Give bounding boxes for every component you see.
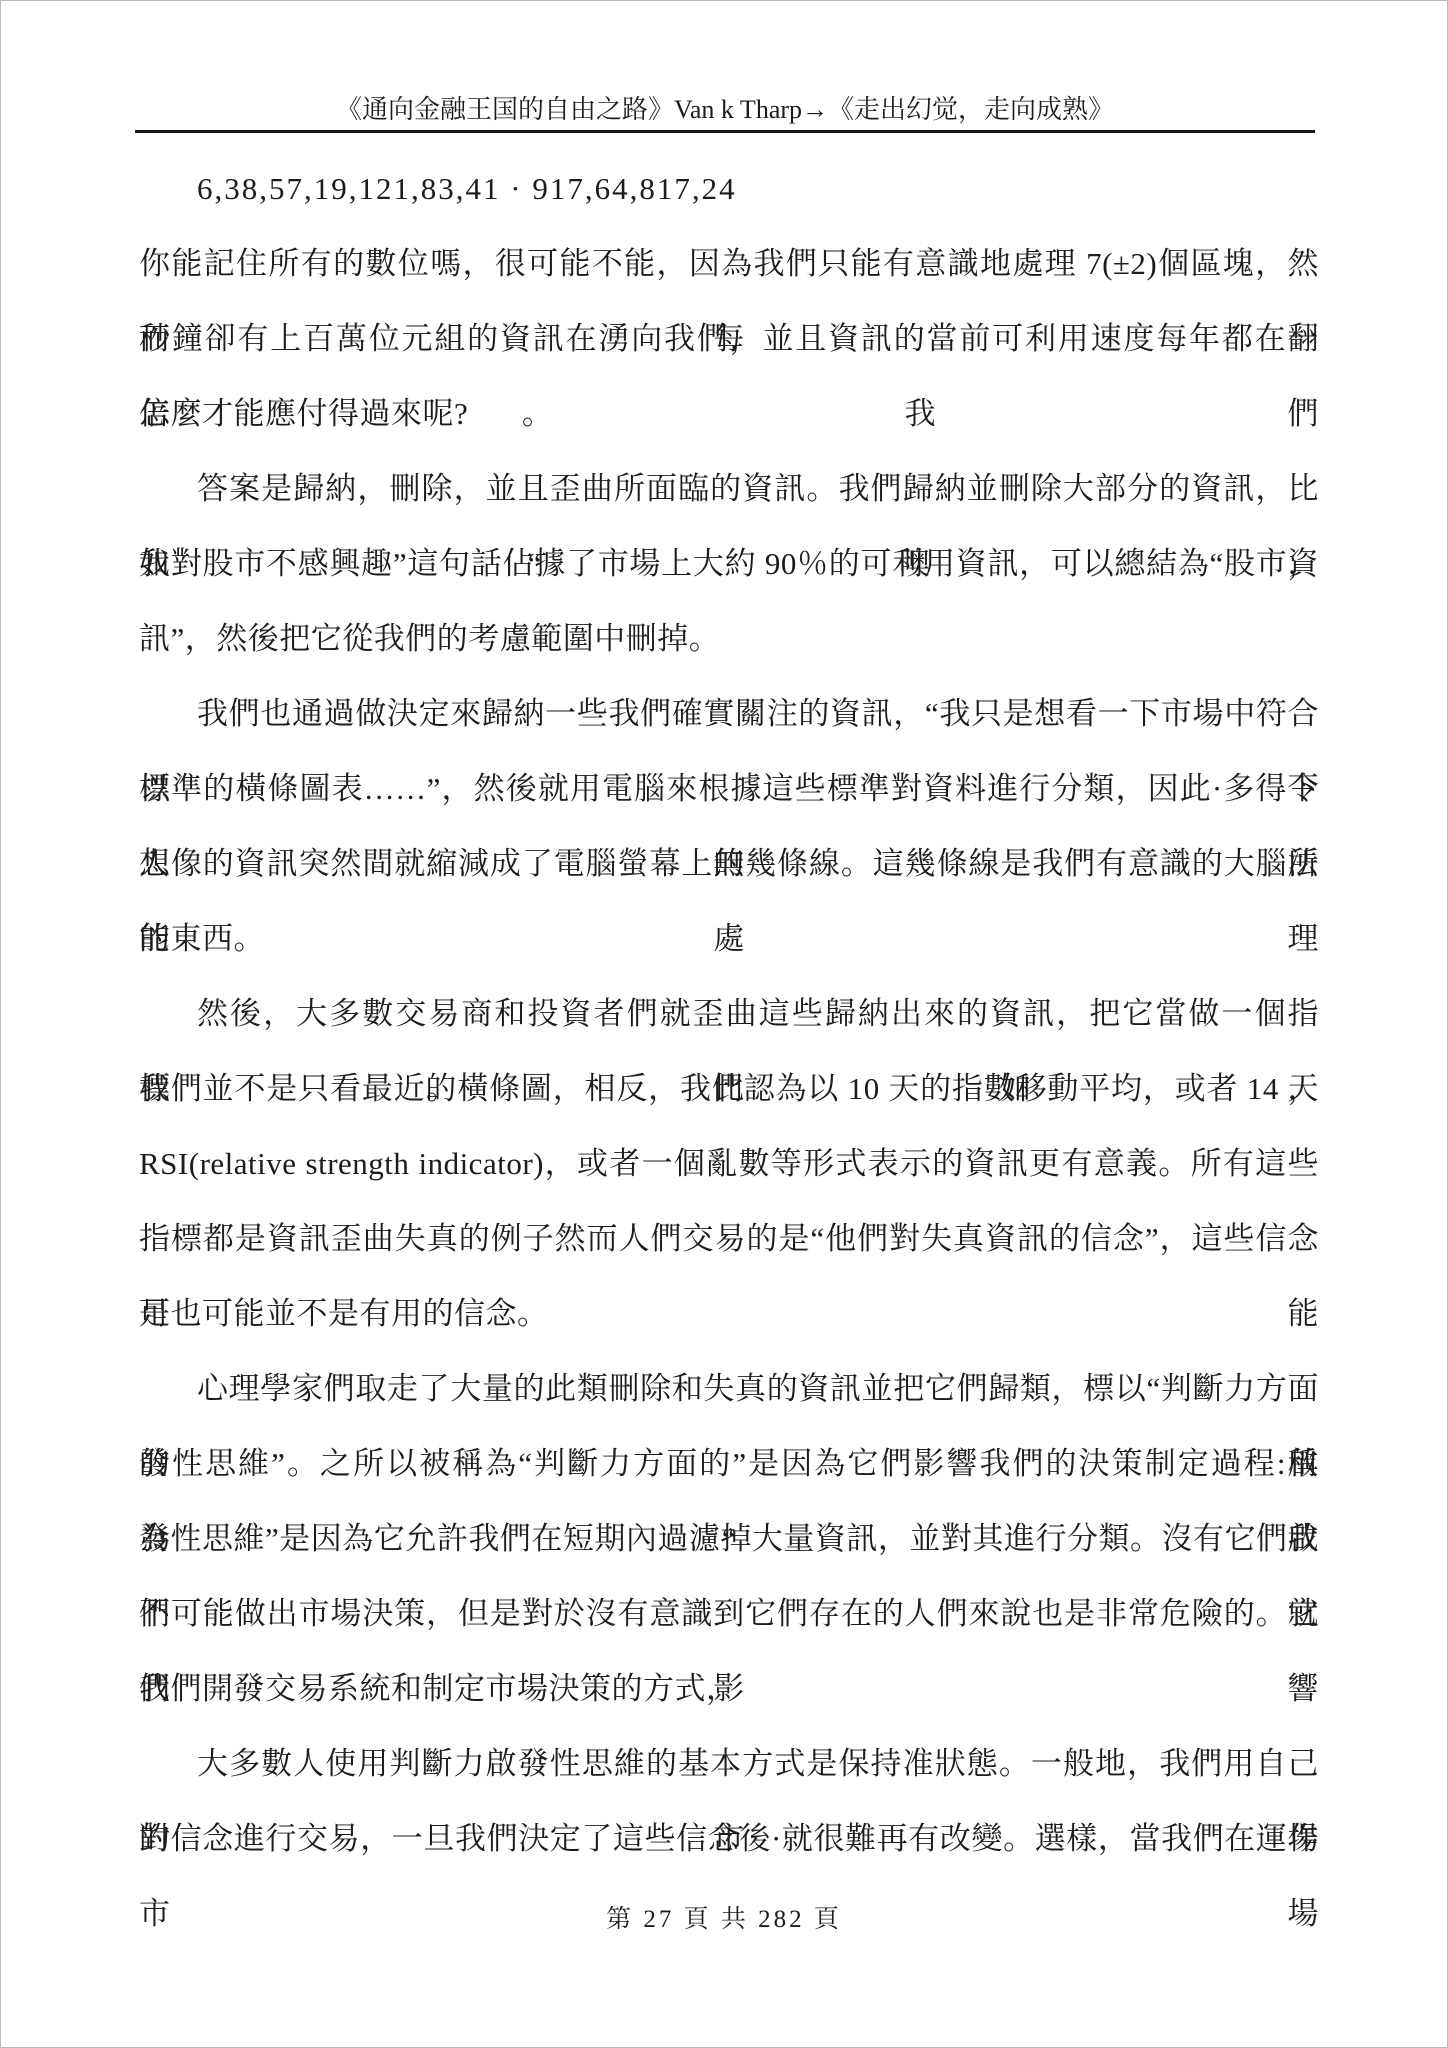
text-line: RSI(relative strength indicator)，或者一個亂數等… bbox=[139, 1126, 1319, 1201]
text-line: 答案是歸納，刪除，並且歪曲所面臨的資訊。我們歸納並刪除大部分的資訊，比如“噢， bbox=[139, 451, 1319, 526]
text-line: 訊”，然後把它從我們的考慮範圍中刪掉。 bbox=[139, 601, 1319, 676]
header-title: 《通向金融王国的自由之路》Van k Tharp→《走出幻觉，走向成熟》 bbox=[336, 95, 1114, 124]
document-body: 6,38,57,19,121,83,41 · 917,64,817,24 你能記… bbox=[139, 151, 1319, 1876]
page-number: 第 27 頁 共 282 頁 bbox=[606, 1906, 842, 1933]
text-line: 你能記住所有的數位嗎，很可能不能，因為我們只能有意識地處理 7(±2)個區塊，然… bbox=[139, 226, 1319, 301]
text-line: 我們並不是只看最近的橫條圖，相反，我們認為以 10 天的指數移動平均，或者 14… bbox=[139, 1051, 1319, 1126]
text-line: 大多數人使用判斷力啟發性思維的基本方式是保持准狀態。一般地，我們用自己對市場 bbox=[139, 1726, 1319, 1801]
text-line: 的信念進行交易，一旦我們決定了這些信念後·就很難再有改變。選樣，當我們在運作市場 bbox=[139, 1801, 1319, 1876]
text-line: 發性思維”。之所以被稱為“判斷力方面的”是因為它們影響我們的決策制定過程:稱為“… bbox=[139, 1426, 1319, 1501]
text-line: 標準的橫條圖表……”，然後就用電腦來根據這些標準對資料進行分類，因此·多得令人無… bbox=[139, 751, 1319, 826]
text-line: 心理學家們取走了大量的此類刪除和失真的資訊並把它們歸類，標以“判斷力方面的啟 bbox=[139, 1351, 1319, 1426]
text-line: 然後，大多數交易商和投資者們就歪曲這些歸納出來的資訊，把它當做一個指標。比如， bbox=[139, 976, 1319, 1051]
text-line: 秒鐘卻有上百萬位元組的資訊在湧向我們，並且資訊的當前可利用速度每年都在翻倍。我們 bbox=[139, 301, 1319, 376]
text-line: 想像的資訊突然間就縮減成了電腦螢幕上的幾條線。這幾條線是我們有意識的大腦所能處理 bbox=[139, 826, 1319, 901]
document-page: 《通向金融王国的自由之路》Van k Tharp→《走出幻觉，走向成熟》 6,3… bbox=[0, 0, 1448, 2048]
text-line: 指標都是資訊歪曲失真的例子然而人們交易的是“他們對失真資訊的信念”，這些信念可能 bbox=[139, 1201, 1319, 1276]
text-line: 不可能做出市場決策，但是對於沒有意識到它們存在的人們來說也是非常危險的。它們影響 bbox=[139, 1576, 1319, 1651]
text-line: 我對股市不感興趣”這句話佔據了市場上大約 90％的可利用資訊，可以總結為“股市資 bbox=[139, 526, 1319, 601]
number-sequence-line: 6,38,57,19,121,83,41 · 917,64,817,24 bbox=[139, 151, 1319, 226]
page-header: 《通向金融王国的自由之路》Van k Tharp→《走出幻觉，走向成熟》 bbox=[135, 1, 1315, 133]
text-line: 我們也通過做決定來歸納一些我們確實關注的資訊，“我只是想看一下市場中符合以下 bbox=[139, 676, 1319, 751]
text-line: 發性思維”是因為它允許我們在短期內過濾掉大量資訊，並對其進行分類。沒有它們我們就 bbox=[139, 1501, 1319, 1576]
page-footer: 第 27 頁 共 282 頁 bbox=[1, 1904, 1447, 1936]
